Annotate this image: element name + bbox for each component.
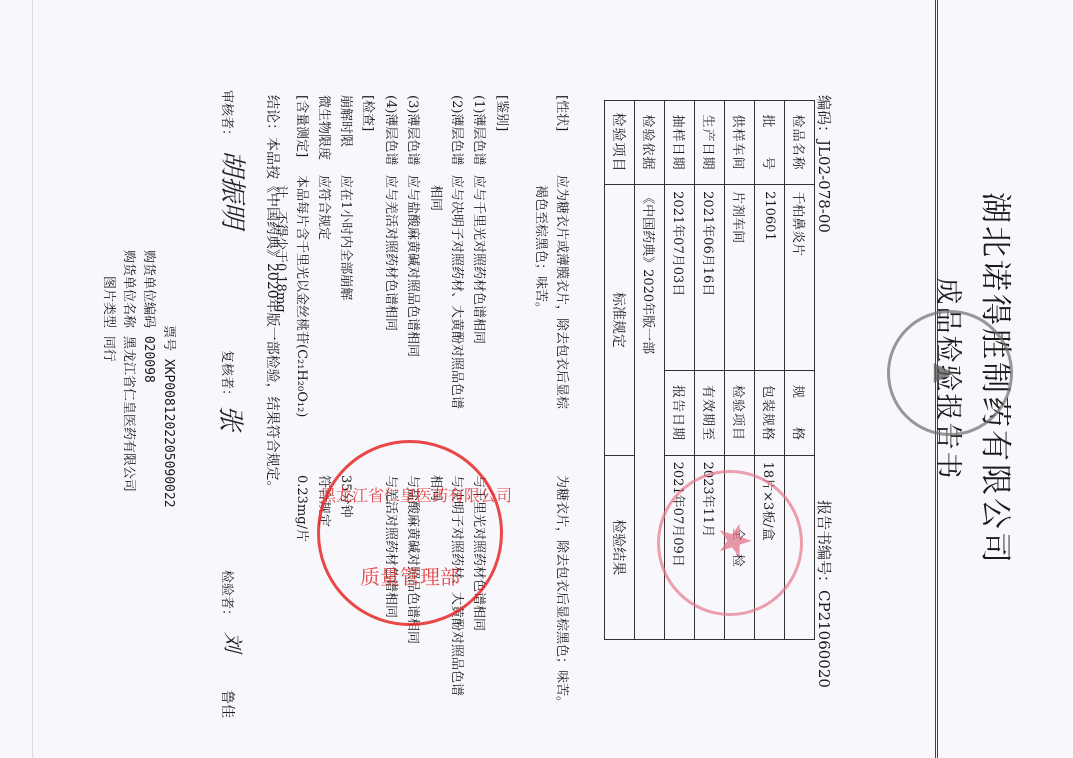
expiry-label: 有效期至 <box>695 371 725 455</box>
result-item: (3)薄层色谱 <box>405 95 424 165</box>
results-header-result: 检验结果 <box>605 455 635 639</box>
workshop-value: 片剂车间 <box>725 185 755 371</box>
sampling-date-label: 抽样日期 <box>665 101 695 185</box>
stamp-text-bottom: 质量管理部 <box>320 561 500 590</box>
buyer-code: 购货单位编码 020098 <box>138 250 158 508</box>
basis-label: 检验依据 <box>635 101 665 185</box>
result-standard: 应与千里光对照药材色谱相同 <box>471 175 490 344</box>
result-value: 为糖衣片，除去包衣后显棕黑色；味苦。 <box>554 475 573 709</box>
report-number: 报告书编号：CP21060020 <box>814 500 835 688</box>
bottom-line <box>32 0 33 758</box>
company-stamp: ▲ <box>887 310 1013 436</box>
result-standard: 应与决明子对照药材、大黄酚对照品色谱 <box>449 175 468 409</box>
footer-info: 票号 XKP0081202205090022 购货单位编码 020098 购货单… <box>98 250 178 508</box>
reviewer-label: 审核者： <box>219 90 238 142</box>
result-standard: 应为糖衣片或薄膜衣片，除去包衣后显棕 <box>554 175 573 409</box>
checker-signature: 张 <box>214 405 251 431</box>
result-standard: 应符合规定 <box>316 175 335 240</box>
workshop-label: 供样车间 <box>725 101 755 185</box>
result-standard: 本品每片含千里光以金丝桃苷(C₂₁H₂₀O₁₂) <box>294 175 313 417</box>
spec-label: 规 格 <box>785 371 815 455</box>
result-item: [检查] <box>360 95 379 131</box>
production-date-value: 2021年06月16日 <box>695 185 725 371</box>
results-header-row: 检验项目 标准规定 检验结果 <box>605 101 635 640</box>
product-name-value: 千柏鼻炎片 <box>785 185 815 371</box>
reviewer-signature: 胡振明 <box>216 150 253 228</box>
result-value: 0.23mg/片 <box>294 475 313 542</box>
test-items-label: 检验项目 <box>725 371 755 455</box>
buyer-name: 购货单位名称 黑龙江省仁皇医药有限公司 <box>118 250 138 508</box>
report-no-label: 报告书编号： <box>815 500 833 590</box>
result-standard: 应与盐酸麻黄碱对照品色谱相同 <box>405 175 424 357</box>
result-item: (4)薄层色谱 <box>383 95 402 165</box>
result-item: 崩解时限 <box>338 95 357 147</box>
stamp-star-icon: ★ <box>709 521 760 560</box>
product-name-label: 检品名称 <box>785 101 815 185</box>
inspector-label: 检验者： <box>219 570 238 622</box>
code-value: JL02-078-00 <box>815 140 833 233</box>
result-item: (1)薄层色谱 <box>471 95 490 165</box>
result-standard: 相同 <box>428 185 447 211</box>
result-item: [鉴别] <box>494 95 513 131</box>
stamp-star-icon: ▲ <box>930 313 960 433</box>
result-item: (2)薄层色谱 <box>449 95 468 165</box>
checker-label: 复核者： <box>219 350 238 402</box>
production-date-label: 生产日期 <box>695 101 725 185</box>
inspector-signature: 刘 <box>220 632 249 652</box>
conclusion: 结论：本品按《中国药典》2020年版一部检验，结果符合规定。 <box>263 95 283 495</box>
package-label: 包装规格 <box>755 371 785 455</box>
document-code: 编码：JL02-078-00 <box>814 95 835 233</box>
report-date-label: 报告日期 <box>665 371 695 455</box>
basis-value: 《中国药典》2020年版一部 <box>635 185 665 640</box>
code-label: 编码： <box>815 95 833 140</box>
result-standard: 应在1小时内全部崩解 <box>338 175 357 300</box>
quality-department-stamp: 黑龙江省仁皇医药有限公司 质量管理部 <box>317 440 503 626</box>
result-item: 微生物限度 <box>316 95 335 160</box>
invoice-number: 票号 XKP0081202205090022 <box>158 250 178 508</box>
image-type: 图片类型 同行 <box>98 250 118 508</box>
result-standard: 应与羌活对照药材色谱相同 <box>383 175 402 331</box>
results-header-standard: 标准规定 <box>605 185 635 455</box>
batch-value: 210601 <box>755 185 785 371</box>
stamp-text-top: 黑龙江省仁皇医药有限公司 <box>320 483 500 506</box>
results-header-item: 检验项目 <box>605 101 635 185</box>
pink-company-stamp: ★ <box>657 470 803 616</box>
report-no-value: CP21060020 <box>815 590 833 688</box>
result-standard: 褐色至棕黑色；味苦。 <box>533 185 552 315</box>
document-page: 湖北诺得胜制药有限公司 成品检验报告书 ▲ 编码：JL02-078-00 报告书… <box>0 0 1073 758</box>
result-item: [含量测定] <box>294 95 313 157</box>
inspector-name: 鲁佳 <box>218 690 238 718</box>
sampling-date-value: 2021年07月03日 <box>665 185 695 371</box>
result-item: [性状] <box>554 95 573 131</box>
batch-label: 批 号 <box>755 101 785 185</box>
